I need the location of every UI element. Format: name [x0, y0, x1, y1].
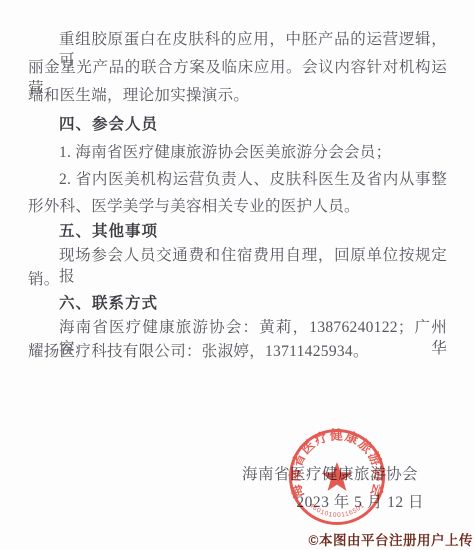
platform-upload-watermark: ©本图由平台注册用户上传	[309, 529, 473, 549]
section-heading-other-matters: 五、其他事项	[59, 221, 447, 243]
scanned-document-page: 重组胶原蛋白在皮肤科的应用，中胚产品的运营逻辑，可 丽金星光产品的联合方案及临床…	[0, 0, 474, 550]
official-seal: 海南省医疗健康旅游协会 46010100116501	[277, 417, 397, 537]
body-line: 端和医生端，理论加实操演示。	[28, 85, 447, 107]
body-line: 丽金星光产品的联合方案及临床应用。会议内容针对机构运营	[28, 57, 447, 79]
body-line: 销。	[28, 269, 447, 291]
seal-star-icon	[322, 462, 352, 491]
section-heading-participants: 四、参会人员	[59, 114, 447, 136]
list-item: 2. 省内医美机构运营负责人、皮肤科医生及省内从事整	[59, 169, 447, 191]
body-line: 现场参会人员交通费和住宿费用自理，回原单位按规定报	[59, 245, 447, 267]
seal-serial-number: 46010100116501	[308, 502, 366, 519]
list-item: 1. 海南省医疗健康旅游协会医美旅游分会会员；	[59, 142, 447, 164]
contact-line: 海南省医疗健康旅游协会：黄莉，13876240122；广州容华	[59, 317, 447, 339]
body-line: 形外科、医学美学与美容相关专业的医护人员。	[28, 196, 447, 218]
contact-line: 耀扬医疗科技有限公司：张淑婷，13711425934。	[28, 341, 447, 363]
section-heading-contact: 六、联系方式	[59, 293, 447, 315]
body-line: 重组胶原蛋白在皮肤科的应用，中胚产品的运营逻辑，可	[59, 29, 447, 51]
